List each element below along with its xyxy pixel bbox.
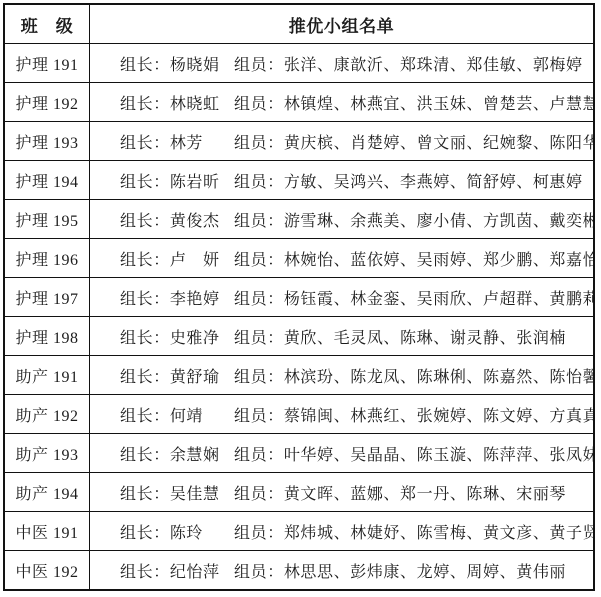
- table-row: 护理 195 组长：黄俊杰 组员：游雪琳、余燕美、廖小倩、方凯茵、戴奕彬: [5, 199, 593, 238]
- leader-label: 组长：: [120, 447, 170, 464]
- group-column-header: 推优小组名单: [90, 5, 593, 43]
- members-text: 组员：黄文晖、蓝娜、郑一丹、陈琳、宋丽琴: [234, 481, 566, 504]
- members-label: 组员：: [234, 486, 284, 503]
- members-text: 组员：张洋、康歆沂、郑珠清、郑佳敏、郭梅婷: [234, 52, 583, 75]
- members-list: 张洋、康歆沂、郑珠清、郑佳敏、郭梅婷: [284, 57, 583, 74]
- members-list: 叶华婷、吴晶晶、陈玉漩、陈萍萍、张凤妹: [284, 447, 593, 464]
- members-text: 组员：林思思、彭炜康、龙婷、周婷、黄伟丽: [234, 559, 566, 582]
- table-row: 护理 191 组长：杨晓娟 组员：张洋、康歆沂、郑珠清、郑佳敏、郭梅婷: [5, 43, 593, 82]
- members-text: 组员：游雪琳、余燕美、廖小倩、方凯茵、戴奕彬: [234, 208, 593, 231]
- leader-text: 组长：陈玲: [120, 520, 220, 543]
- members-label: 组员：: [234, 330, 284, 347]
- table-row: 助产 194 组长：吴佳慧 组员：黄文晖、蓝娜、郑一丹、陈琳、宋丽琴: [5, 472, 593, 511]
- leader-text: 组长：史雅净: [120, 325, 220, 348]
- leader-label: 组长：: [120, 252, 170, 269]
- members-label: 组员：: [234, 213, 284, 230]
- table-row: 中医 191 组长：陈玲 组员：郑炜城、林婕妤、陈雪梅、黄文彦、黄子贤: [5, 511, 593, 550]
- leader-name: 黄舒瑜: [170, 369, 220, 386]
- group-cell: 组长：吴佳慧 组员：黄文晖、蓝娜、郑一丹、陈琳、宋丽琴: [90, 473, 593, 511]
- leader-name: 李艳婷: [170, 291, 220, 308]
- leader-name: 杨晓娟: [170, 57, 220, 74]
- class-cell: 护理 192: [5, 83, 90, 121]
- leader-text: 组长：李艳婷: [120, 286, 220, 309]
- leader-label: 组长：: [120, 525, 170, 542]
- leader-name: 卢 妍: [170, 252, 220, 269]
- leader-text: 组长：余慧娴: [120, 442, 220, 465]
- group-cell: 组长：余慧娴 组员：叶华婷、吴晶晶、陈玉漩、陈萍萍、张凤妹: [90, 434, 593, 472]
- class-cell: 助产 193: [5, 434, 90, 472]
- table-row: 护理 197 组长：李艳婷 组员：杨钰霞、林金銮、吴雨欣、卢超群、黄鹏莉: [5, 277, 593, 316]
- members-label: 组员：: [234, 447, 284, 464]
- class-cell: 助产 194: [5, 473, 90, 511]
- members-list: 黄欣、毛灵凤、陈琳、谢灵静、张润楠: [284, 330, 566, 347]
- group-cell: 组长：黄俊杰 组员：游雪琳、余燕美、廖小倩、方凯茵、戴奕彬: [90, 200, 593, 238]
- group-cell: 组长：林晓虹 组员：林镇煌、林燕宜、洪玉妹、曾楚芸、卢慧慧: [90, 83, 593, 121]
- class-column-header: 班 级: [5, 5, 90, 43]
- group-cell: 组长：陈岩昕 组员：方敏、吴鸿兴、李燕婷、简舒婷、柯惠婷: [90, 161, 593, 199]
- recommendation-roster-table: 班 级 推优小组名单 护理 191 组长：杨晓娟 组员：张洋、康歆沂、郑珠清、郑…: [3, 3, 595, 591]
- members-label: 组员：: [234, 369, 284, 386]
- table-row: 护理 193 组长：林芳 组员：黄庆槟、肖楚婷、曾文丽、纪婉黎、陈阳华: [5, 121, 593, 160]
- table-row: 护理 192 组长：林晓虹 组员：林镇煌、林燕宜、洪玉妹、曾楚芸、卢慧慧: [5, 82, 593, 121]
- class-cell: 助产 191: [5, 356, 90, 394]
- members-text: 组员：杨钰霞、林金銮、吴雨欣、卢超群、黄鹏莉: [234, 286, 593, 309]
- leader-label: 组长：: [120, 135, 170, 152]
- leader-label: 组长：: [120, 57, 170, 74]
- members-text: 组员：方敏、吴鸿兴、李燕婷、简舒婷、柯惠婷: [234, 169, 583, 192]
- members-list: 林婉怡、蓝依婷、吴雨婷、郑少鹏、郑嘉怡: [284, 252, 593, 269]
- leader-name: 纪怡萍: [170, 564, 220, 581]
- members-text: 组员：林婉怡、蓝依婷、吴雨婷、郑少鹏、郑嘉怡: [234, 247, 593, 270]
- class-cell: 中医 192: [5, 551, 90, 589]
- leader-label: 组长：: [120, 213, 170, 230]
- table-row: 助产 192 组长：何靖 组员：蔡锦闽、林燕红、张婉婷、陈文婷、方真真: [5, 394, 593, 433]
- class-cell: 护理 191: [5, 44, 90, 82]
- members-list: 郑炜城、林婕妤、陈雪梅、黄文彦、黄子贤: [284, 525, 593, 542]
- members-label: 组员：: [234, 252, 284, 269]
- leader-text: 组长：黄舒瑜: [120, 364, 220, 387]
- leader-text: 组长：林晓虹: [120, 91, 220, 114]
- group-cell: 组长：纪怡萍 组员：林思思、彭炜康、龙婷、周婷、黄伟丽: [90, 551, 593, 589]
- leader-name: 陈岩昕: [170, 174, 220, 191]
- members-text: 组员：林镇煌、林燕宜、洪玉妹、曾楚芸、卢慧慧: [234, 91, 593, 114]
- leader-text: 组长：吴佳慧: [120, 481, 220, 504]
- leader-label: 组长：: [120, 408, 170, 425]
- leader-name: 林晓虹: [170, 96, 220, 113]
- class-cell: 护理 196: [5, 239, 90, 277]
- leader-name: 余慧娴: [170, 447, 220, 464]
- members-list: 蔡锦闽、林燕红、张婉婷、陈文婷、方真真: [284, 408, 593, 425]
- group-cell: 组长：史雅净 组员：黄欣、毛灵凤、陈琳、谢灵静、张润楠: [90, 317, 593, 355]
- table-row: 中医 192 组长：纪怡萍 组员：林思思、彭炜康、龙婷、周婷、黄伟丽: [5, 550, 593, 589]
- members-label: 组员：: [234, 96, 284, 113]
- members-list: 杨钰霞、林金銮、吴雨欣、卢超群、黄鹏莉: [284, 291, 593, 308]
- table-header-row: 班 级 推优小组名单: [5, 5, 593, 43]
- members-list: 方敏、吴鸿兴、李燕婷、简舒婷、柯惠婷: [284, 174, 583, 191]
- table-row: 助产 193 组长：余慧娴 组员：叶华婷、吴晶晶、陈玉漩、陈萍萍、张凤妹: [5, 433, 593, 472]
- members-text: 组员：郑炜城、林婕妤、陈雪梅、黄文彦、黄子贤: [234, 520, 593, 543]
- group-cell: 组长：何靖 组员：蔡锦闽、林燕红、张婉婷、陈文婷、方真真: [90, 395, 593, 433]
- group-cell: 组长：杨晓娟 组员：张洋、康歆沂、郑珠清、郑佳敏、郭梅婷: [90, 44, 593, 82]
- leader-label: 组长：: [120, 330, 170, 347]
- members-list: 游雪琳、余燕美、廖小倩、方凯茵、戴奕彬: [284, 213, 593, 230]
- group-cell: 组长：林芳 组员：黄庆槟、肖楚婷、曾文丽、纪婉黎、陈阳华: [90, 122, 593, 160]
- leader-name: 黄俊杰: [170, 213, 220, 230]
- leader-text: 组长：杨晓娟: [120, 52, 220, 75]
- leader-name: 史雅净: [170, 330, 220, 347]
- table-row: 护理 198 组长：史雅净 组员：黄欣、毛灵凤、陈琳、谢灵静、张润楠: [5, 316, 593, 355]
- leader-name: 吴佳慧: [170, 486, 220, 503]
- leader-text: 组长：何靖: [120, 403, 220, 426]
- members-label: 组员：: [234, 174, 284, 191]
- class-cell: 护理 198: [5, 317, 90, 355]
- leader-name: 林芳: [170, 135, 203, 152]
- leader-label: 组长：: [120, 564, 170, 581]
- members-list: 林思思、彭炜康、龙婷、周婷、黄伟丽: [284, 564, 566, 581]
- table-row: 助产 191 组长：黄舒瑜 组员：林滨玢、陈龙凤、陈琳俐、陈嘉然、陈怡馨: [5, 355, 593, 394]
- members-text: 组员：林滨玢、陈龙凤、陈琳俐、陈嘉然、陈怡馨: [234, 364, 593, 387]
- leader-text: 组长：纪怡萍: [120, 559, 220, 582]
- group-cell: 组长：卢 妍 组员：林婉怡、蓝依婷、吴雨婷、郑少鹏、郑嘉怡: [90, 239, 593, 277]
- leader-label: 组长：: [120, 174, 170, 191]
- leader-text: 组长：黄俊杰: [120, 208, 220, 231]
- members-text: 组员：蔡锦闽、林燕红、张婉婷、陈文婷、方真真: [234, 403, 593, 426]
- group-cell: 组长：李艳婷 组员：杨钰霞、林金銮、吴雨欣、卢超群、黄鹏莉: [90, 278, 593, 316]
- members-list: 林滨玢、陈龙凤、陈琳俐、陈嘉然、陈怡馨: [284, 369, 593, 386]
- members-list: 林镇煌、林燕宜、洪玉妹、曾楚芸、卢慧慧: [284, 96, 593, 113]
- leader-name: 何靖: [170, 408, 203, 425]
- members-label: 组员：: [234, 57, 284, 74]
- class-cell: 护理 193: [5, 122, 90, 160]
- members-text: 组员：黄庆槟、肖楚婷、曾文丽、纪婉黎、陈阳华: [234, 130, 593, 153]
- members-text: 组员：叶华婷、吴晶晶、陈玉漩、陈萍萍、张凤妹: [234, 442, 593, 465]
- members-label: 组员：: [234, 135, 284, 152]
- leader-text: 组长：陈岩昕: [120, 169, 220, 192]
- leader-label: 组长：: [120, 369, 170, 386]
- members-label: 组员：: [234, 564, 284, 581]
- leader-name: 陈玲: [170, 525, 203, 542]
- members-label: 组员：: [234, 525, 284, 542]
- members-list: 黄文晖、蓝娜、郑一丹、陈琳、宋丽琴: [284, 486, 566, 503]
- group-cell: 组长：黄舒瑜 组员：林滨玢、陈龙凤、陈琳俐、陈嘉然、陈怡馨: [90, 356, 593, 394]
- leader-label: 组长：: [120, 486, 170, 503]
- members-text: 组员：黄欣、毛灵凤、陈琳、谢灵静、张润楠: [234, 325, 566, 348]
- class-cell: 中医 191: [5, 512, 90, 550]
- members-list: 黄庆槟、肖楚婷、曾文丽、纪婉黎、陈阳华: [284, 135, 593, 152]
- table-row: 护理 194 组长：陈岩昕 组员：方敏、吴鸿兴、李燕婷、简舒婷、柯惠婷: [5, 160, 593, 199]
- leader-text: 组长：卢 妍: [120, 247, 220, 270]
- table-row: 护理 196 组长：卢 妍 组员：林婉怡、蓝依婷、吴雨婷、郑少鹏、郑嘉怡: [5, 238, 593, 277]
- class-cell: 护理 195: [5, 200, 90, 238]
- group-cell: 组长：陈玲 组员：郑炜城、林婕妤、陈雪梅、黄文彦、黄子贤: [90, 512, 593, 550]
- class-cell: 护理 194: [5, 161, 90, 199]
- class-cell: 助产 192: [5, 395, 90, 433]
- leader-text: 组长：林芳: [120, 130, 220, 153]
- members-label: 组员：: [234, 291, 284, 308]
- members-label: 组员：: [234, 408, 284, 425]
- leader-label: 组长：: [120, 291, 170, 308]
- leader-label: 组长：: [120, 96, 170, 113]
- class-cell: 护理 197: [5, 278, 90, 316]
